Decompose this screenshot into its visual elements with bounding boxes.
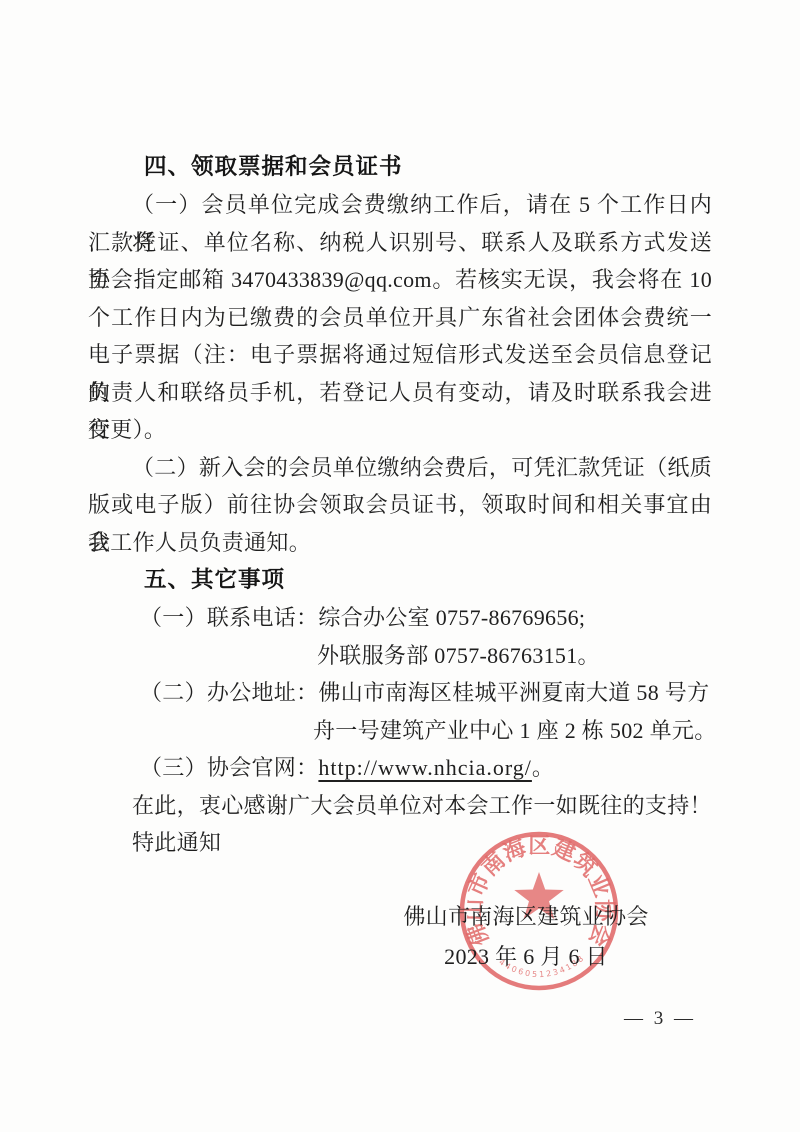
signature-date: 2023 年 6 月 6 日	[378, 938, 674, 976]
paragraph-line: 会工作人员负责通知。	[88, 524, 712, 562]
document-body: 四、领取票据和会员证书 （一）会员单位完成会费缴纳工作后，请在 5 个工作日内将…	[88, 148, 712, 862]
section-5-heading: 五、其它事项	[88, 561, 712, 599]
section-4-heading: 四、领取票据和会员证书	[88, 148, 712, 186]
paragraph-line: 电子票据（注：电子票据将通过短信形式发送至会员信息登记的	[88, 336, 712, 374]
closing-thanks-line: 在此，衷心感谢广大会员单位对本会工作一如既往的支持！	[88, 787, 712, 825]
office-address-part-1: 佛山市南海区桂城平洲夏南大道 58 号方	[318, 680, 709, 705]
office-address-line-2: 舟一号建筑产业中心 1 座 2 栋 502 单元。	[88, 712, 712, 750]
website-period: 。	[532, 755, 554, 780]
page-number: — 3 —	[624, 1008, 696, 1030]
office-address-part-2: 舟一号建筑产业中心 1 座 2 栋 502 单元。	[313, 718, 717, 743]
signature-block: 佛山市南海区建筑业协会 2023 年 6 月 6 日	[378, 898, 674, 975]
contact-phone-line-1: （一）联系电话：综合办公室 0757-86769656;	[88, 599, 712, 637]
contact-phone-external: 外联服务部 0757-86763151。	[317, 643, 600, 668]
paragraph-line: 协会指定邮箱 3470433839@qq.com。若核实无误，我会将在 10	[88, 261, 712, 299]
paragraph-line: 变更）。	[88, 411, 712, 449]
section-4-paragraph-2: （二）新入会的会员单位缴纳会费后，可凭汇款凭证（纸质 版或电子版）前往协会领取会…	[88, 449, 712, 562]
signature-organization: 佛山市南海区建筑业协会	[378, 898, 674, 936]
website-line: （三）协会官网：http://www.nhcia.org/。	[88, 749, 712, 787]
paragraph-line: 汇款凭证、单位名称、纳税人识别号、联系人及联系方式发送至	[88, 224, 712, 262]
contact-phone-line-2: 外联服务部 0757-86763151。	[88, 637, 712, 675]
website-label: （三）协会官网：	[140, 755, 318, 780]
contact-phone-office: 综合办公室 0757-86769656;	[318, 605, 585, 630]
paragraph-line: 个工作日内为已缴费的会员单位开具广东省社会团体会费统一	[88, 299, 712, 337]
paragraph-line: （一）会员单位完成会费缴纳工作后，请在 5 个工作日内将	[88, 186, 712, 224]
closing-notice-line: 特此通知	[88, 824, 712, 862]
paragraph-line: 版或电子版）前往协会领取会员证书，领取时间和相关事宜由我	[88, 486, 712, 524]
notice-document-page: 四、领取票据和会员证书 （一）会员单位完成会费缴纳工作后，请在 5 个工作日内将…	[0, 0, 800, 1132]
section-4-paragraph-1: （一）会员单位完成会费缴纳工作后，请在 5 个工作日内将 汇款凭证、单位名称、纳…	[88, 186, 712, 449]
website-link[interactable]: http://www.nhcia.org/	[318, 755, 531, 780]
office-address-line-1: （二）办公地址：佛山市南海区桂城平洲夏南大道 58 号方	[88, 674, 712, 712]
paragraph-line: 负责人和联络员手机，若登记人员有变动，请及时联系我会进行	[88, 374, 712, 412]
paragraph-line: （二）新入会的会员单位缴纳会费后，可凭汇款凭证（纸质	[88, 449, 712, 487]
contact-phone-label: （一）联系电话：	[140, 605, 318, 630]
office-address-label: （二）办公地址：	[140, 680, 318, 705]
